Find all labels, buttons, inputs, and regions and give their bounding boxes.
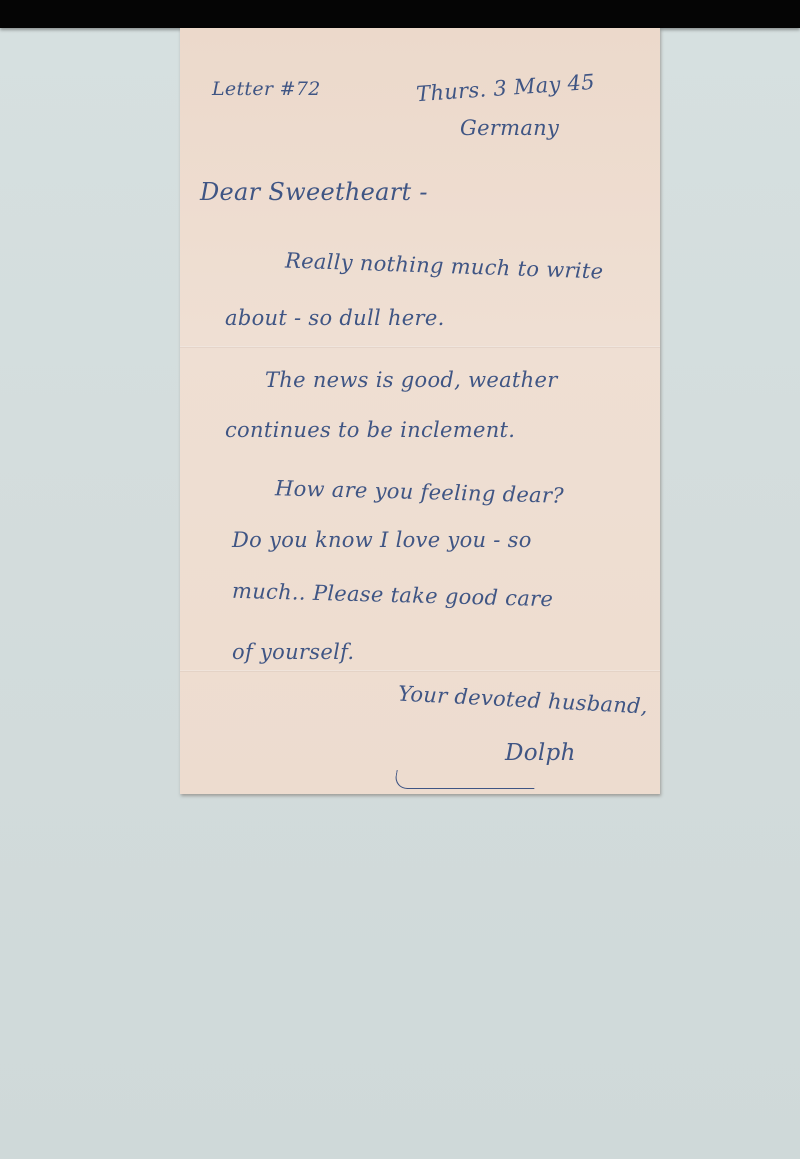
signature-flourish-icon (393, 770, 537, 789)
body-line: continues to be inclement. (225, 418, 515, 442)
body-line: Really nothing much to write (285, 248, 604, 283)
letter-number: Letter #72 (212, 78, 321, 100)
scanner-top-bar (0, 0, 800, 28)
body-line: much.. Please take good care (232, 579, 554, 611)
body-line: How are you feeling dear? (275, 476, 564, 508)
letter-date: Thurs. 3 May 45 (415, 70, 595, 106)
body-line: about - so dull here. (225, 306, 445, 330)
body-line: of yourself. (232, 640, 354, 664)
body-line: Do you know I love you - so (232, 528, 532, 552)
paper-fold-line (180, 346, 660, 348)
body-line: The news is good, weather (265, 368, 558, 392)
paper-fold-line (180, 670, 660, 672)
salutation: Dear Sweetheart - (200, 178, 428, 206)
closing: Your devoted husband, (398, 681, 649, 718)
letter-paper: Letter #72 Thurs. 3 May 45 Germany Dear … (180, 28, 660, 794)
letter-location: Germany (460, 116, 559, 140)
signature: Dolph (505, 740, 576, 766)
